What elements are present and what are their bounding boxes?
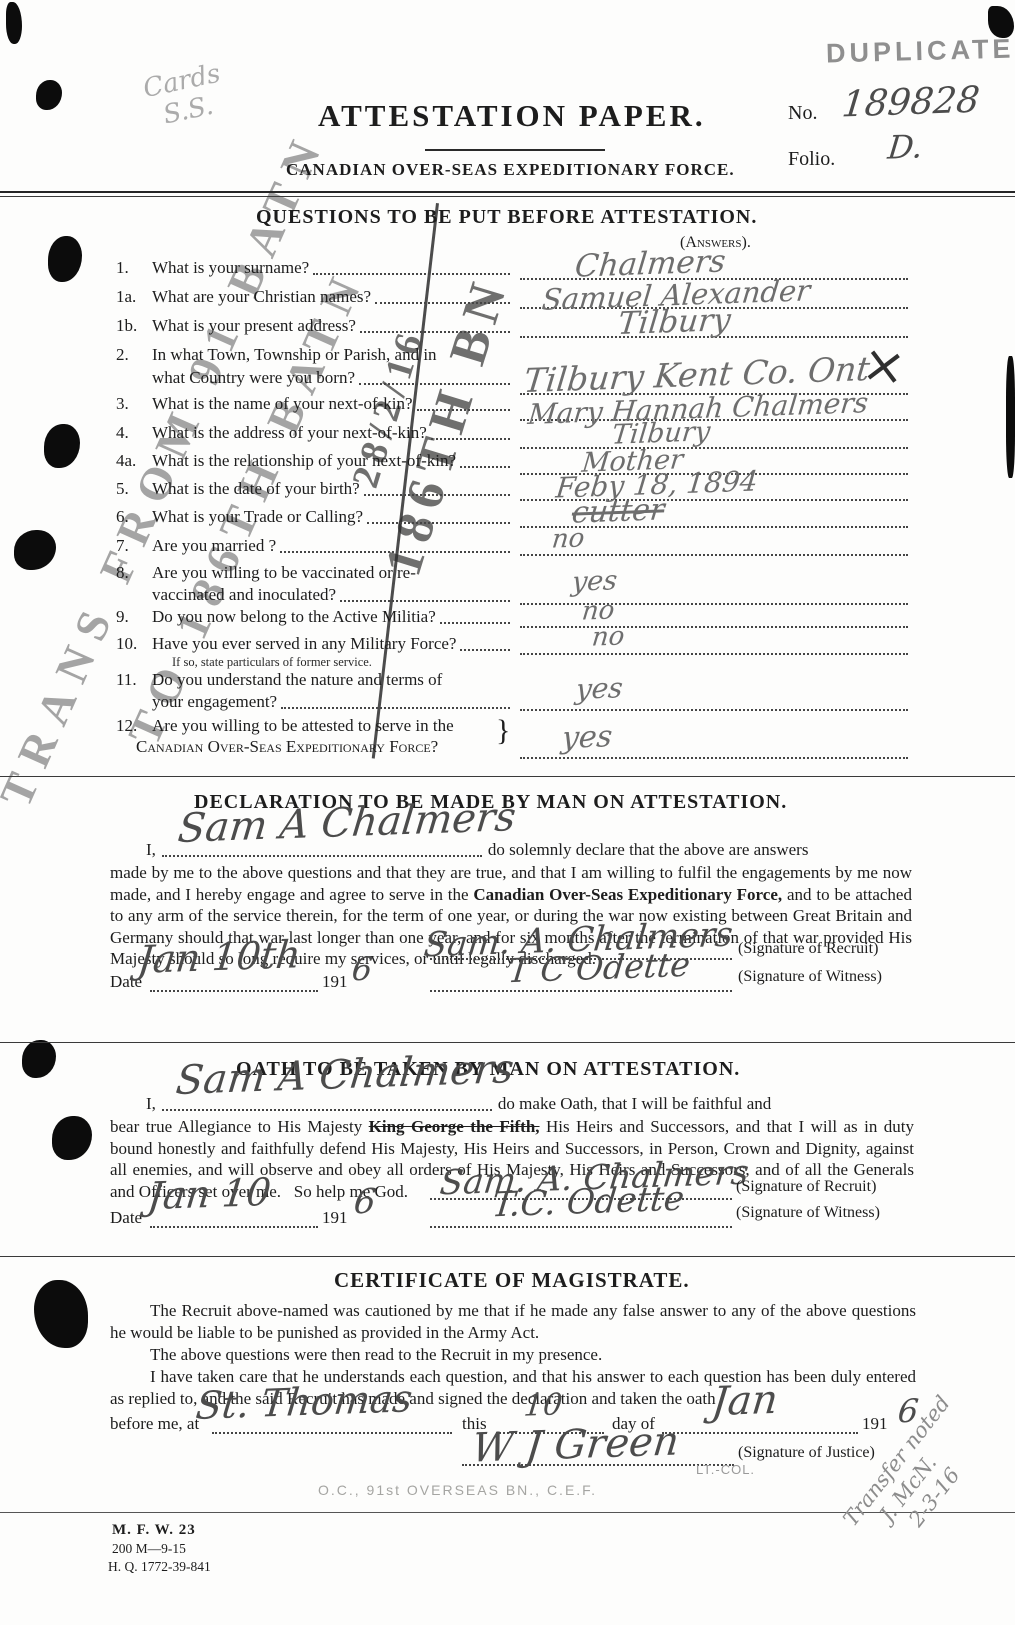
question-number: 12.	[116, 716, 152, 736]
no-label: No.	[788, 102, 817, 125]
answer-line	[520, 707, 908, 711]
oath-body-pre: bear true Allegiance to His Majesty	[110, 1117, 369, 1136]
ink-blob	[14, 530, 56, 570]
question-text: What is the name of your next-of-kin?	[152, 394, 413, 414]
cards-pencil-note: Cards S.S.	[141, 59, 230, 134]
oath-witness-signature: T.C. Odette	[490, 1179, 686, 1226]
ink-blob	[22, 1040, 56, 1078]
question-row-continued: vaccinated and inoculated?	[152, 585, 512, 605]
question-text: Are you willing to be attested to serve …	[152, 716, 454, 736]
certificate-paragraph-1: The Recruit above-named was cautioned by…	[110, 1300, 916, 1343]
question-row: 3. What is the name of your next-of-kin?	[116, 394, 512, 414]
declaration-date-handwritten: Jan 10th	[136, 932, 303, 982]
question-text: vaccinated and inoculated?	[152, 585, 336, 605]
oath-body-bold: King George the Fifth,	[369, 1117, 540, 1136]
form-code: M. F. W. 23	[112, 1522, 196, 1539]
oath-recruit-signature-label: (Signature of Recruit)	[736, 1178, 876, 1196]
month-handwritten: Jan	[710, 1377, 780, 1425]
declaration-witness-signature: T C Odette	[506, 945, 692, 991]
ink-blob	[34, 1280, 88, 1348]
question-number: 2.	[116, 345, 152, 365]
justice-signature: W J Green	[470, 1418, 681, 1471]
oath-name-dots	[162, 1109, 492, 1111]
declaration-body-bold: Canadian Over-Seas Expeditionary Force,	[473, 885, 782, 904]
oath-date-line	[150, 1224, 318, 1228]
answer-line	[520, 601, 908, 605]
question-row: 1. What is your surname?	[116, 258, 512, 278]
declaration-lead-text: do solemnly declare that the above are a…	[488, 840, 809, 860]
question-number: 4a.	[116, 451, 152, 471]
section-rule	[0, 1042, 1015, 1043]
question-text: what Country were you born?	[152, 368, 355, 388]
question-row: 12. Are you willing to be attested to se…	[116, 716, 512, 736]
hq-code: H. Q. 1772-39-841	[108, 1559, 211, 1575]
question-row: 5. What is the date of your birth?	[116, 479, 512, 499]
question-number: 11.	[116, 670, 152, 690]
question-row: 1b. What is your present address?	[116, 316, 512, 336]
question-row: 9. Do you now belong to the Active Milit…	[116, 607, 512, 627]
question-row-continued: your engagement?	[152, 692, 512, 712]
answer-vaccinated: yes	[570, 565, 618, 598]
question-text: Do you now belong to the Active Militia?	[152, 607, 436, 627]
answer-present-address: Tilbury	[616, 302, 732, 342]
answer-line	[520, 755, 908, 759]
question-dots	[313, 273, 510, 275]
question-row: 10. Have you ever served in any Military…	[116, 634, 512, 654]
question-text: What is the relationship of your next-of…	[152, 451, 456, 471]
question-row-continued: Canadian Over-Seas Expeditionary Force?	[136, 737, 496, 757]
oath-i-label: I,	[146, 1094, 156, 1114]
question-text: Are you willing to be vaccinated or re-	[152, 563, 416, 583]
question-dots	[364, 494, 510, 496]
duplicate-stamp: DUPLICATE	[826, 34, 1015, 70]
oath-date-label: Date	[110, 1208, 142, 1228]
no-value-handwritten: 189828	[840, 80, 982, 126]
question-text: What is your present address?	[152, 316, 356, 336]
lt-col-stamp: LT.-COL.	[696, 1462, 755, 1477]
ink-blob	[48, 236, 82, 282]
ink-blob	[988, 6, 1014, 38]
force-subtitle: CANADIAN OVER-SEAS EXPEDITIONARY FORCE.	[286, 160, 735, 180]
question-number: 1a.	[116, 287, 152, 307]
header-rule-bottom	[0, 196, 1015, 197]
question-number: 10.	[116, 634, 152, 654]
answer-line	[520, 445, 908, 449]
declaration-i-label: I,	[146, 840, 156, 860]
question-note: If so, state particulars of former servi…	[172, 655, 372, 670]
question-text: Canadian Over-Seas Expeditionary Force?	[136, 737, 438, 757]
folio-value-handwritten: D.	[886, 127, 925, 166]
header-rule-top	[0, 191, 1015, 193]
question-number: 6.	[116, 507, 152, 527]
question-row: 11. Do you understand the nature and ter…	[116, 670, 512, 690]
declaration-date-line	[150, 988, 318, 992]
oc-unit-stamp: O.C., 91st OVERSEAS BN., C.E.F.	[318, 1482, 597, 1498]
ink-blob	[44, 424, 80, 468]
question-dots	[367, 522, 510, 524]
question-dots	[281, 707, 510, 709]
recruit-signature-label: (Signature of Recruit)	[738, 940, 878, 958]
question-text: What is the address of your next-of-kin?	[152, 423, 427, 443]
day-handwritten: 10	[522, 1387, 564, 1423]
ink-blob	[52, 1116, 92, 1160]
question-dots	[460, 466, 510, 468]
answer-military-force: no	[590, 621, 626, 652]
question-row: 6. What is your Trade or Calling?	[116, 507, 512, 527]
answer-married: no	[550, 523, 586, 554]
justice-signature-label: (Signature of Justice)	[738, 1444, 875, 1462]
page-title: ATTESTATION PAPER.	[318, 98, 706, 134]
answer-understand-engagement: yes	[574, 671, 624, 706]
question-text: Have you ever served in any Military For…	[152, 634, 456, 654]
declaration-year-handwritten: 6	[350, 950, 374, 989]
question-text: In what Town, Township or Parish, and in	[152, 345, 437, 365]
month-line	[662, 1430, 858, 1434]
print-code: 200 M—9-15	[112, 1541, 186, 1557]
question-text: What is your surname?	[152, 258, 309, 278]
question-row-continued: what Country were you born?	[152, 368, 512, 388]
question-row: 8. Are you willing to be vaccinated or r…	[116, 563, 512, 583]
title-ornament-rule	[425, 149, 605, 151]
question-number: 4.	[116, 423, 152, 443]
question-dots	[417, 409, 510, 411]
question-dots	[280, 551, 510, 553]
folio-label: Folio.	[788, 148, 835, 171]
question-text: What are your Christian names?	[152, 287, 371, 307]
question-dots	[431, 438, 510, 440]
certificate-heading: CERTIFICATE OF MAGISTRATE.	[334, 1268, 690, 1293]
question-row: 1a. What are your Christian names?	[116, 287, 512, 307]
section-rule	[0, 1256, 1015, 1257]
witness-signature-line	[430, 988, 732, 992]
question-number: 1b.	[116, 316, 152, 336]
question-number: 8.	[116, 563, 152, 583]
oath-year-handwritten: 6	[352, 1182, 378, 1223]
question-dots	[440, 622, 510, 624]
question-number: 7.	[116, 536, 152, 556]
section-rule	[0, 776, 1015, 777]
question-text: your engagement?	[152, 692, 277, 712]
question-number: 3.	[116, 394, 152, 414]
witness-signature-label: (Signature of Witness)	[738, 968, 882, 986]
question-number: 5.	[116, 479, 152, 499]
ink-blob	[6, 2, 22, 44]
ink-blob	[36, 80, 62, 110]
answer-line	[520, 651, 908, 655]
question-row: 4. What is the address of your next-of-k…	[116, 423, 512, 443]
certificate-paragraph-2: The above questions were then read to th…	[110, 1344, 916, 1366]
oath-year-printed: 191	[322, 1208, 348, 1228]
place-handwritten: St. Thomas	[194, 1376, 415, 1428]
answer-willing-to-serve: yes	[560, 719, 614, 756]
ink-blob	[1006, 356, 1015, 478]
question-dots	[360, 331, 510, 333]
place-line	[212, 1430, 452, 1434]
oath-witness-signature-label: (Signature of Witness)	[736, 1204, 880, 1222]
question-row: 4a. What is the relationship of your nex…	[116, 451, 512, 471]
question-row: 7. Are you married ?	[116, 536, 512, 556]
oath-date-handwritten: Jan 10	[146, 1170, 273, 1218]
question-text: What is the date of your birth?	[152, 479, 360, 499]
declaration-name-dots	[162, 855, 482, 857]
question-dots	[460, 649, 510, 651]
question-dots	[340, 600, 510, 602]
question-dots	[359, 383, 510, 385]
question-text: What is your Trade or Calling?	[152, 507, 363, 527]
question-text: Do you understand the nature and terms o…	[152, 670, 442, 690]
oath-lead-text: do make Oath, that I will be faithful an…	[498, 1094, 771, 1114]
before-me-label: before me, at	[110, 1414, 199, 1434]
question-text: Are you married ?	[152, 536, 276, 556]
attestation-paper-scan: TRANS FROM 91 BATN TO 186TH BATN 28/2/16…	[0, 0, 1015, 1625]
declaration-year-printed: 191	[322, 972, 348, 992]
question-dots	[375, 302, 510, 304]
oath-witness-signature-line	[430, 1224, 732, 1228]
question-number: 9.	[116, 607, 152, 627]
answer-line	[520, 624, 908, 628]
question-number: 1.	[116, 258, 152, 278]
question-brace: }	[496, 714, 510, 748]
questions-heading: QUESTIONS TO BE PUT BEFORE ATTESTATION.	[256, 206, 757, 229]
question-row: 2. In what Town, Township or Parish, and…	[116, 345, 512, 365]
certificate-year-printed: 191	[862, 1414, 888, 1434]
